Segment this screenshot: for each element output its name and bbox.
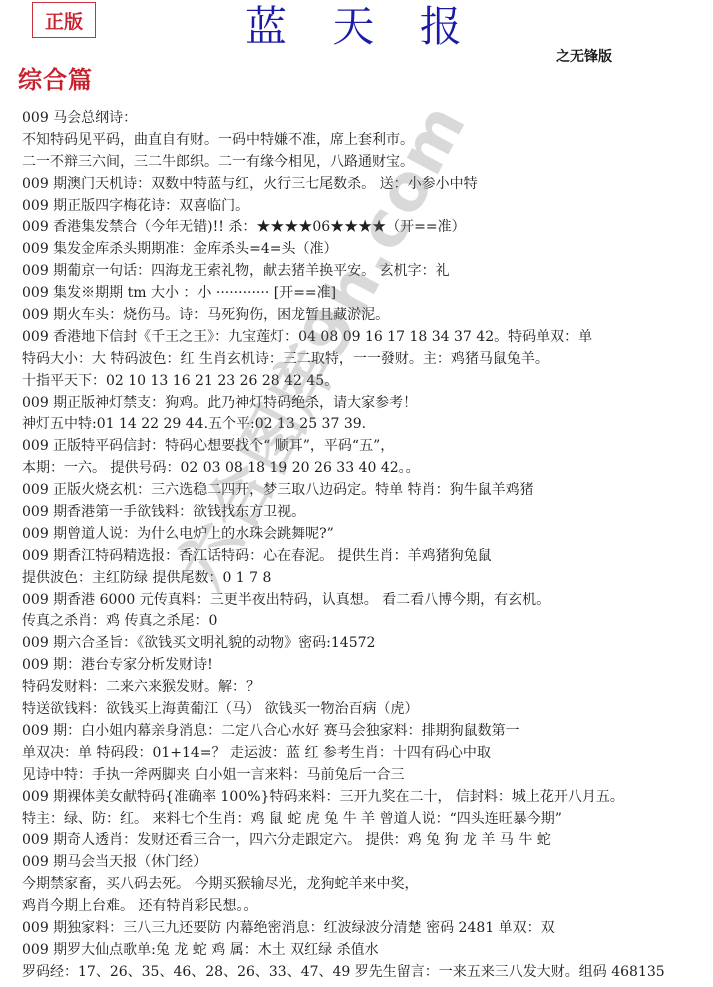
text-line: 009 马会总纲诗：: [22, 108, 712, 130]
text-line: 今期禁家畜，买八码去死。 今期买猴输尽光，龙狗蛇羊来中奖，: [22, 874, 712, 896]
text-line: 神灯五中特:01 14 22 29 44.五个平:02 13 25 37 39.: [22, 414, 712, 436]
text-line: 009 期马会当天报（休门经）: [22, 852, 712, 874]
text-line: 009 期葡京一句话：四海龙王索礼物，献去猪羊换平安。 玄机字：礼: [22, 261, 712, 283]
text-line: 见诗中特：手执一斧两脚夹 白小姐一言来料：马前兔后一合三: [22, 765, 712, 787]
text-line: 特码发财料：二来六来猴发财。解：？: [22, 677, 712, 699]
text-line: 鸡肖今期上台难。 还有特肖彩民想。。: [22, 896, 712, 918]
text-line: 009 期：白小姐内幕亲身消息：二定八合心水好 赛马会独家料：排期狗鼠数第一: [22, 721, 712, 743]
text-line: 特送欲钱料：欲钱买上海黄葡江（马） 欲钱买一物治百病（虎）: [22, 699, 712, 721]
text-line: 不知特码见平码，曲直自有财。一码中特嫌不准，席上套利市。: [22, 130, 712, 152]
text-line: 009 期香港 6000 元传真料：三更半夜出特码，认真想。 看二看八博今期，有…: [22, 590, 712, 612]
genuine-edition-stamp: 正版: [32, 2, 96, 38]
text-line: 009 期香江特码精选报：香江话特码：心在春泥。 提供生肖：羊鸡猪狗兔鼠: [22, 546, 712, 568]
text-line: 传真之杀肖：鸡 传真之杀尾：0: [22, 611, 712, 633]
text-line: 009 期正版四字梅花诗：双喜临门。: [22, 196, 712, 218]
text-line: 罗码经：17、26、35、46、28、26、33、47、49 罗先生留言：一来五…: [22, 962, 712, 984]
text-line: 单双决：单 特码段：01+14=？ 走运波：蓝 红 参考生肖：十四有码心中取: [22, 743, 712, 765]
text-line: 009 集发※期期 tm 大小 ：小 ············ [开==准]: [22, 283, 712, 305]
text-line: 提供波色：主红防绿 提供尾数：0 1 7 8: [22, 568, 712, 590]
text-line: 009 香港集发禁合（今年无错)!! 杀：★★★★06★★★★（开==准）: [22, 217, 712, 239]
text-line: 特主：绿、防：红。 来料七个生肖：鸡 鼠 蛇 虎 兔 牛 羊 曾道人说：“四头连…: [22, 809, 712, 831]
edition-label: 之无锋版: [556, 46, 612, 66]
text-line: 009 期澳门天机诗：双数中特蓝与红，火行三七尾数杀。 送：小参小中特: [22, 174, 712, 196]
text-line: 009 期裸体美女献特码{准确率 100%}特码来料：三开九奖在二十， 信封料：…: [22, 787, 712, 809]
text-line: 009 正版火烧玄机：三六选稳二四开，梦三取八边码定。特单 特肖：狗牛鼠羊鸡猪: [22, 480, 712, 502]
text-line: 本期：一六。 提供号码：02 03 08 18 19 20 26 33 40 4…: [22, 458, 712, 480]
text-line: 009 期：港台专家分析发财诗!: [22, 655, 712, 677]
text-line: 009 期独家料：三八三九还要防 内幕绝密消息：红波绿波分清楚 密码 2481 …: [22, 918, 712, 940]
text-line: 009 香港地下信封《千王之王》：九宝莲灯：04 08 09 16 17 18 …: [22, 327, 712, 349]
text-line: 009 期曾道人说：为什么电炉上的水珠会跳舞呢?”: [22, 524, 712, 546]
article-body: 009 马会总纲诗： 不知特码见平码，曲直自有财。一码中特嫌不准，席上套利市。 …: [22, 108, 712, 984]
text-line: 009 期火车头：烧伤马。诗：马死狗伤，困龙暂且藏淤泥。: [22, 305, 712, 327]
text-line: 特码大小：大 特码波色：红 生肖玄机诗：三二取特，一一發财。主：鸡猪马鼠兔羊。: [22, 349, 712, 371]
text-line: 009 期奇人透肖：发财还看三合一，四六分走跟定六。 提供：鸡 兔 狗 龙 羊 …: [22, 830, 712, 852]
text-line: 009 集发金库杀头期期准：金库杀头=4=头（准）: [22, 239, 712, 261]
text-line: 009 期罗大仙点歌单:兔 龙 蛇 鸡 属：木土 双红绿 杀值水: [22, 940, 712, 962]
text-line: 009 期香港第一手欲钱料：欲钱找东方卫视。: [22, 502, 712, 524]
text-line: 十指平天下：02 10 13 16 21 23 26 28 42 45。: [22, 371, 712, 393]
text-line: 009 期六合圣旨：《欲钱买文明礼貌的动物》密码:14572: [22, 633, 712, 655]
text-line: 009 正版特平码信封：特码心想要找个“ 顺耳”，平码“五”，: [22, 436, 712, 458]
text-line: 二一不辩三六间，三二牛郎织。二一有缘今相见，八路通财宝。: [22, 152, 712, 174]
masthead-title: 蓝 天 报: [245, 3, 478, 51]
section-title: 综合篇: [18, 60, 93, 95]
text-line: 009 期正版神灯禁支：狗鸡。此乃神灯特码绝杀，请大家参考！: [22, 393, 712, 415]
